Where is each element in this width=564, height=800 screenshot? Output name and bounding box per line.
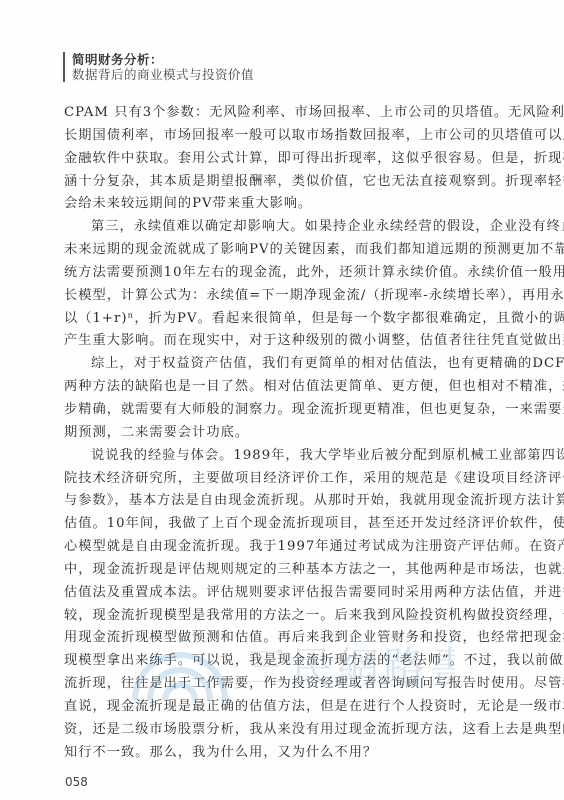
body-text: CPAM 只有3个参数：无风险利率、市场回报率、上市公司的贝塔值。无风险利率一般… bbox=[64, 102, 504, 764]
text-line: 说说我的经验与体会。1989年，我大学毕业后被分配到原机械工业部第四设计研究 bbox=[64, 445, 504, 468]
text-line: 中，现金流折现是评估规则规定的三种基本方法之一，其他两种是市场法，也就是相对 bbox=[64, 559, 504, 582]
text-line: 估值。10年间，我做了上百个现金流折现项目，甚至还开发过经济评价软件，使用的核 bbox=[64, 513, 504, 536]
text-line: 与参数》，基本方法是自由现金流折现。从那时开始，我就用现金流折现方法计算企业 bbox=[64, 490, 504, 513]
text-line: 期预测，二来需要会计功底。 bbox=[64, 422, 504, 445]
text-line: 第三，永续值难以确定却影响大。如果持企业永续经营的假设，企业没有终止日， bbox=[64, 216, 504, 239]
text-line: CPAM 只有3个参数：无风险利率、市场回报率、上市公司的贝塔值。无风险利率一般… bbox=[64, 102, 504, 125]
text-line: 现模型拿出来练手。可以说，我是现金流折现方法的“老法师”。不过，我以前做现金 bbox=[64, 650, 504, 673]
text-line: 直说，现金流折现是最正确的估值方法，但是在进行个人投资时，无论是一级市场投 bbox=[64, 696, 504, 719]
text-line: 知行不一致。那么，我为什么用，又为什么不用？ bbox=[64, 742, 504, 765]
text-line: 步精确，就需要有大师般的洞察力。现金流折现更精准，但也更复杂，一来需要企业长 bbox=[64, 399, 504, 422]
book-title: 简明财务分析： bbox=[72, 52, 254, 67]
text-line: 估值法及重置成本法。评估规则要求评估报告需要同时采用两种方法估值，并进行比 bbox=[64, 582, 504, 605]
text-line: 用现金流折现模型做预测和估值。再后来我到企业管财务和投资，也经常把现金流折 bbox=[64, 627, 504, 650]
text-line: 统方法需要预测10年左右的现金流，此外，还须计算永续价值。永续价值一般用戈登增 bbox=[64, 262, 504, 285]
text-line: 未来远期的现金流就成了影响PV的关键因素，而我们都知道远期的预测更加不靠谱。传 bbox=[64, 239, 504, 262]
running-header: 简明财务分析： 数据背后的商业模式与投资价值 bbox=[63, 52, 254, 82]
text-line: 金融软件中获取。套用公式计算，即可得出折现率，这似乎很容易。但是，折现率的内 bbox=[64, 148, 504, 171]
text-line: 长模型，计算公式为：永续值=下一期净现金流/（折现率-永续增长率），再用永续值除 bbox=[64, 285, 504, 308]
text-line: 以（1+r)ⁿ，折为PV。看起来很简单，但是每一个数字都很难确定，且微小的调整就… bbox=[64, 308, 504, 331]
text-line: 资，还是二级市场股票分析，我从来没有用过现金流折现方法，这看上去是典型的 bbox=[64, 719, 504, 742]
page-number: 058 bbox=[65, 775, 88, 789]
text-line: 院技术经济研究所，主要做项目经济评价工作，采用的规范是《建设项目经济评价方法 bbox=[64, 468, 504, 491]
text-line: 会给未来较远期间的PV带来重大影响。 bbox=[64, 193, 504, 216]
text-line: 两种方法的缺陷也是一目了然。相对估值法更简单、更方便，但也相对不精准，想进一 bbox=[64, 376, 504, 399]
text-line: 心模型就是自由现金流折现。我于1997年通过考试成为注册资产评估师。在资产评估 bbox=[64, 536, 504, 559]
text-line: 涵十分复杂，其本质是期望报酬率，类似价值，它也无法直接观察到。折现率轻微变动 bbox=[64, 171, 504, 194]
book-subtitle: 数据背后的商业模式与投资价值 bbox=[72, 67, 254, 82]
text-line: 综上，对于权益资产估值，我们有更简单的相对估值法，也有更精确的DCF。不过， bbox=[64, 353, 504, 376]
text-line: 较，现金流折现模型是我常用的方法之一。后来我到风险投资机构做投资经理，也需要 bbox=[64, 605, 504, 628]
text-line: 长期国债利率，市场回报率一般可以取市场指数回报率，上市公司的贝塔值可以从许多 bbox=[64, 125, 504, 148]
text-line: 产生重大影响。而在现实中，对于这种级别的微小调整，估值者往往凭直觉做出判断。 bbox=[64, 330, 504, 353]
text-line: 流折现，往往是出于工作需要，作为投资经理或者咨询顾问写报告时使用。尽管我一 bbox=[64, 673, 504, 696]
